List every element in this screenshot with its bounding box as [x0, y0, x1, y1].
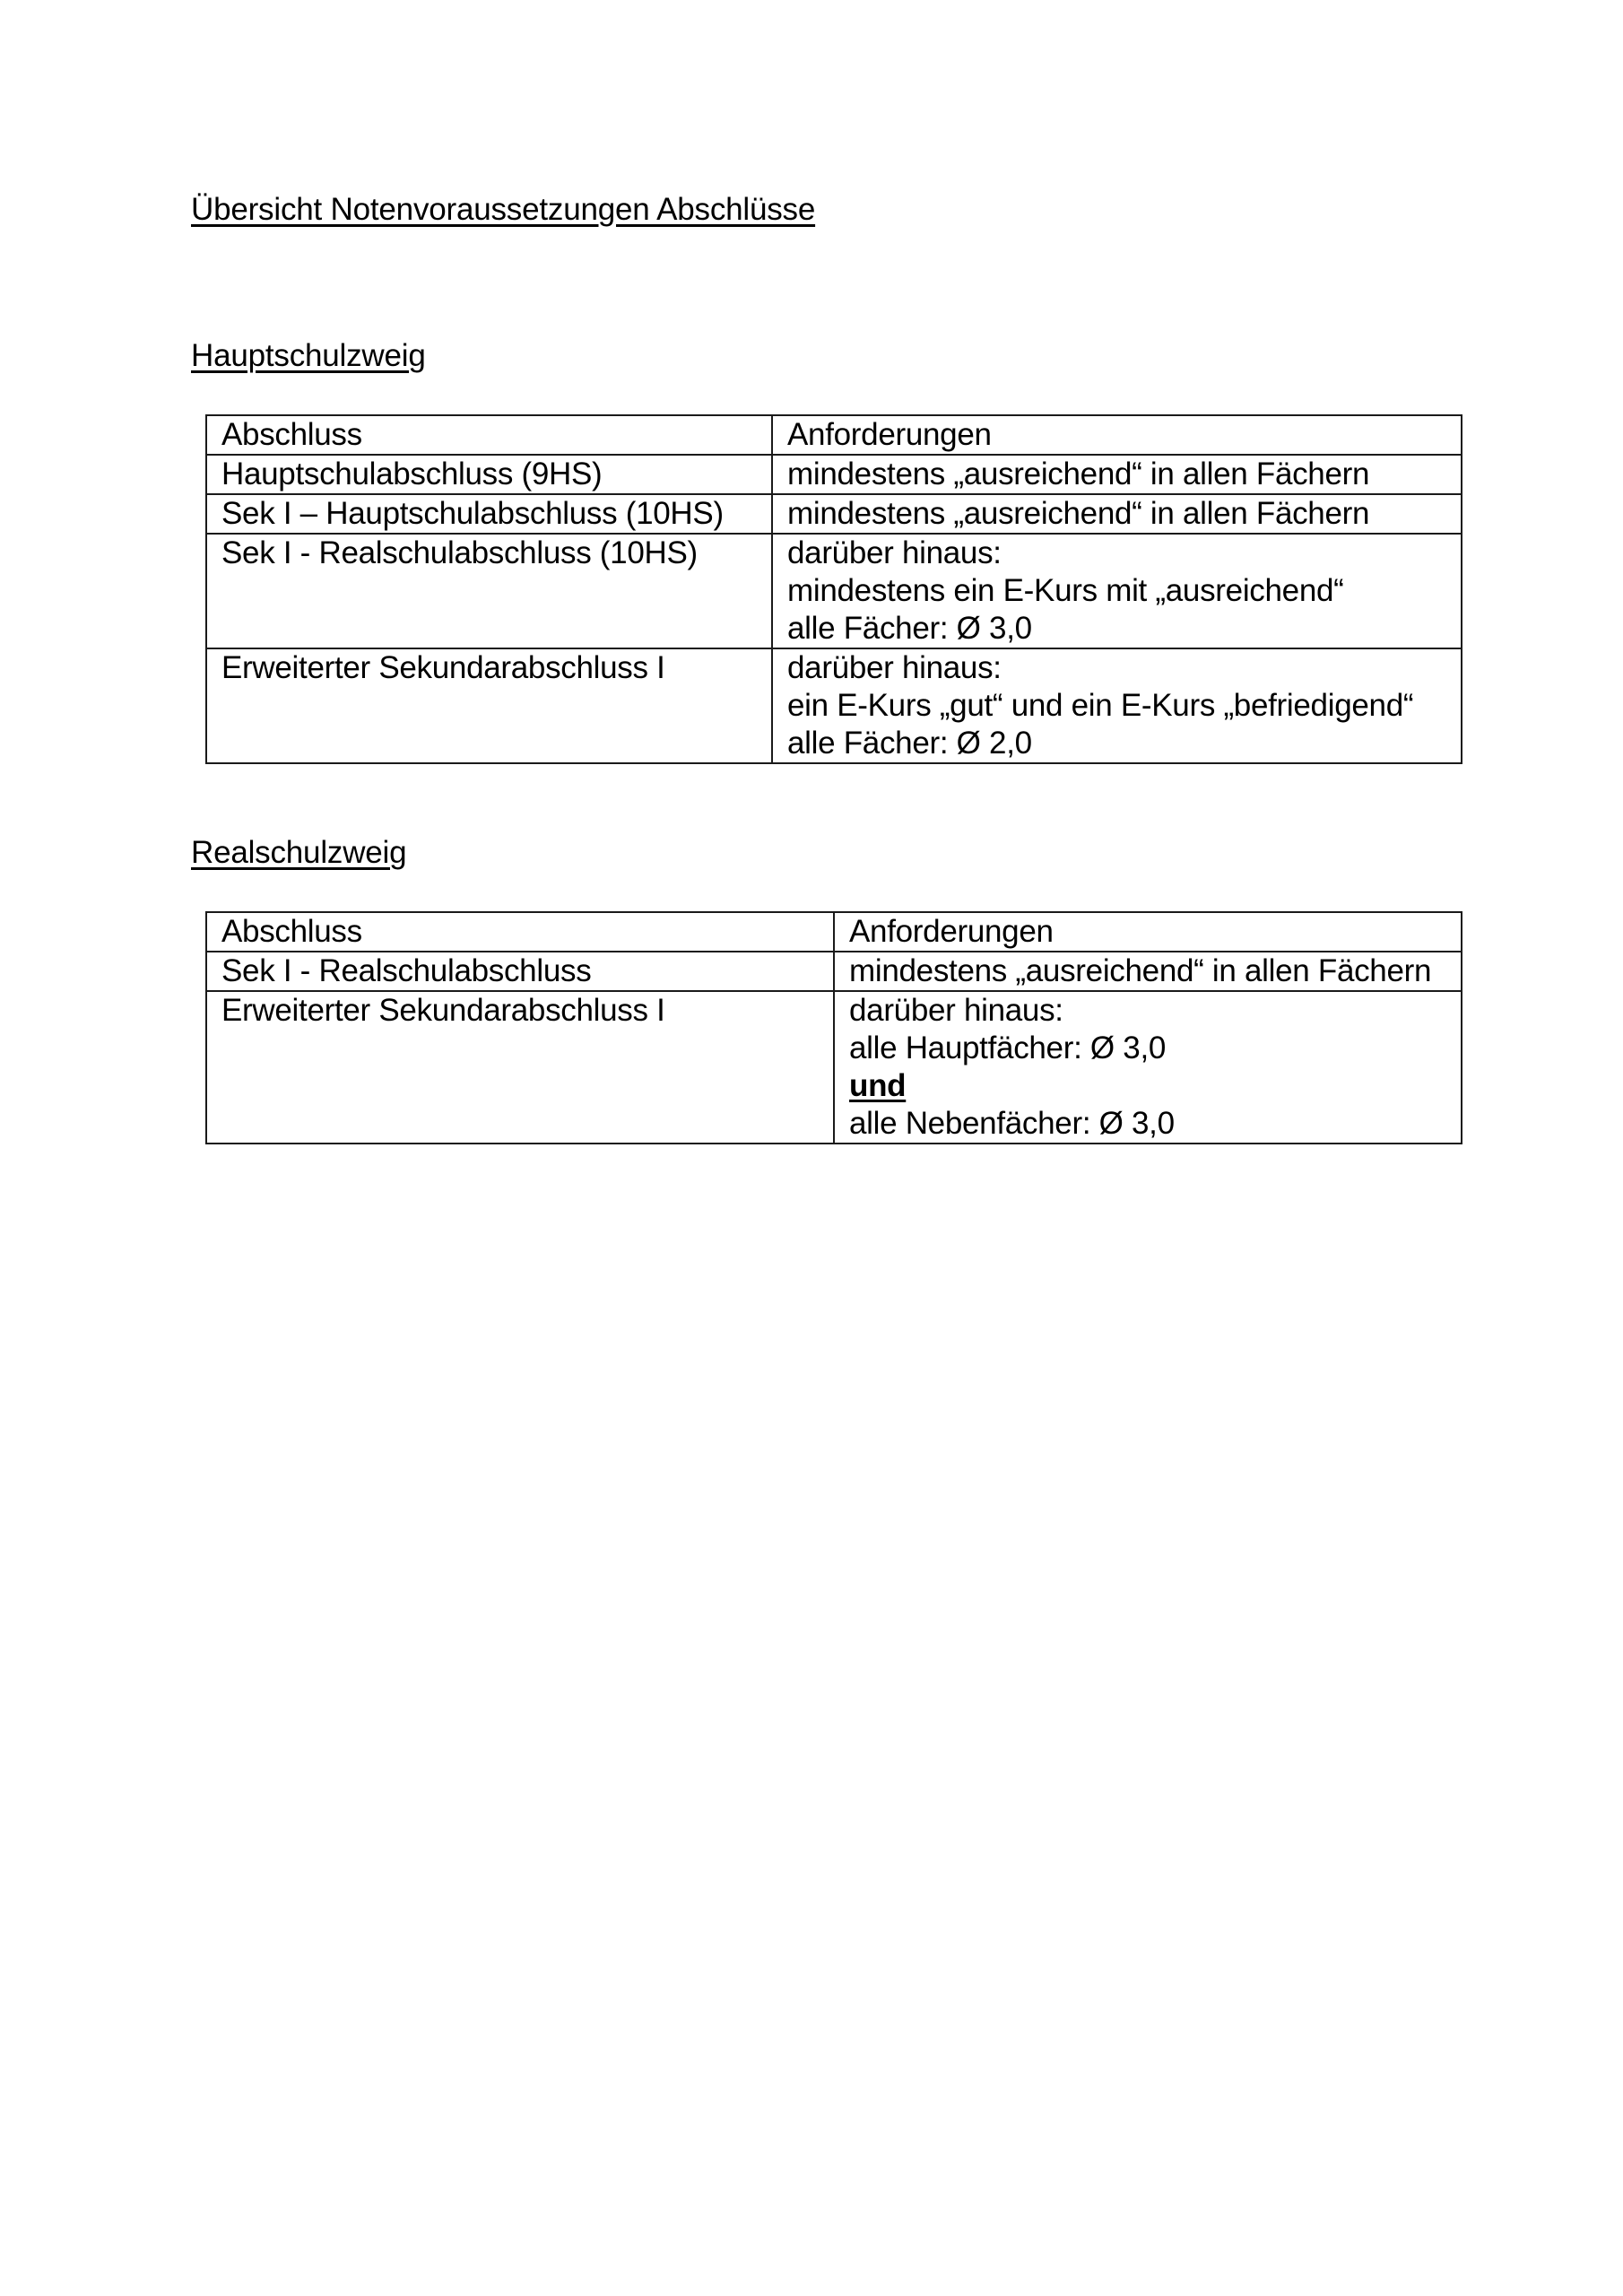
requirement-line: alle Fächer: Ø 2,0: [787, 725, 1452, 762]
requirement-line: darüber hinaus:: [787, 535, 1452, 572]
column-header-anforderungen: Anforderungen: [834, 912, 1462, 952]
column-header-abschluss: Abschluss: [206, 415, 772, 455]
requirement-line: mindestens ein E-Kurs mit „ausreichend“: [787, 572, 1452, 610]
table-row: Sek I – Hauptschulabschluss (10HS) minde…: [206, 494, 1462, 534]
column-header-anforderungen: Anforderungen: [772, 415, 1462, 455]
section-heading-hauptschulzweig: Hauptschulzweig: [191, 337, 426, 375]
requirement-line: alle Hauptfächer: Ø 3,0: [849, 1030, 1452, 1067]
requirement-line: alle Nebenfächer: Ø 3,0: [849, 1105, 1452, 1143]
table-header-row: Abschluss Anforderungen: [206, 415, 1462, 455]
requirement-line: mindestens „ausreichend“ in allen Fächer…: [787, 495, 1452, 533]
cell-anforderungen: darüber hinaus: ein E-Kurs „gut“ und ein…: [772, 648, 1462, 763]
requirement-line: alle Fächer: Ø 3,0: [787, 610, 1452, 648]
cell-anforderungen: mindestens „ausreichend“ in allen Fächer…: [772, 455, 1462, 494]
table-hauptschulzweig: Abschluss Anforderungen Hauptschulabschl…: [205, 414, 1462, 764]
table-row: Erweiterter Sekundarabschluss I darüber …: [206, 991, 1462, 1144]
cell-abschluss: Hauptschulabschluss (9HS): [206, 455, 772, 494]
table-row: Erweiterter Sekundarabschluss I darüber …: [206, 648, 1462, 763]
cell-abschluss: Erweiterter Sekundarabschluss I: [206, 648, 772, 763]
requirement-line: darüber hinaus:: [849, 992, 1452, 1030]
cell-abschluss: Sek I – Hauptschulabschluss (10HS): [206, 494, 772, 534]
column-header-abschluss: Abschluss: [206, 912, 834, 952]
cell-anforderungen: mindestens „ausreichend“ in allen Fächer…: [834, 952, 1462, 991]
cell-abschluss: Sek I - Realschulabschluss (10HS): [206, 534, 772, 648]
table-row: Sek I - Realschulabschluss mindestens „a…: [206, 952, 1462, 991]
requirement-line: ein E-Kurs „gut“ und ein E-Kurs „befried…: [787, 687, 1452, 725]
cell-abschluss: Sek I - Realschulabschluss: [206, 952, 834, 991]
table-row: Sek I - Realschulabschluss (10HS) darübe…: [206, 534, 1462, 648]
section-heading-realschulzweig: Realschulzweig: [191, 834, 406, 872]
requirement-conjunction: und: [849, 1067, 1452, 1105]
cell-anforderungen: darüber hinaus: mindestens ein E-Kurs mi…: [772, 534, 1462, 648]
table-realschulzweig: Abschluss Anforderungen Sek I - Realschu…: [205, 911, 1462, 1144]
table-header-row: Abschluss Anforderungen: [206, 912, 1462, 952]
cell-abschluss: Erweiterter Sekundarabschluss I: [206, 991, 834, 1144]
requirement-line: mindestens „ausreichend“ in allen Fächer…: [787, 456, 1452, 493]
cell-anforderungen: darüber hinaus: alle Hauptfächer: Ø 3,0 …: [834, 991, 1462, 1144]
table-row: Hauptschulabschluss (9HS) mindestens „au…: [206, 455, 1462, 494]
requirement-line: darüber hinaus:: [787, 649, 1452, 687]
document-page: Übersicht Notenvoraussetzungen Abschlüss…: [0, 0, 1623, 2296]
document-title: Übersicht Notenvoraussetzungen Abschlüss…: [191, 191, 815, 229]
cell-anforderungen: mindestens „ausreichend“ in allen Fächer…: [772, 494, 1462, 534]
